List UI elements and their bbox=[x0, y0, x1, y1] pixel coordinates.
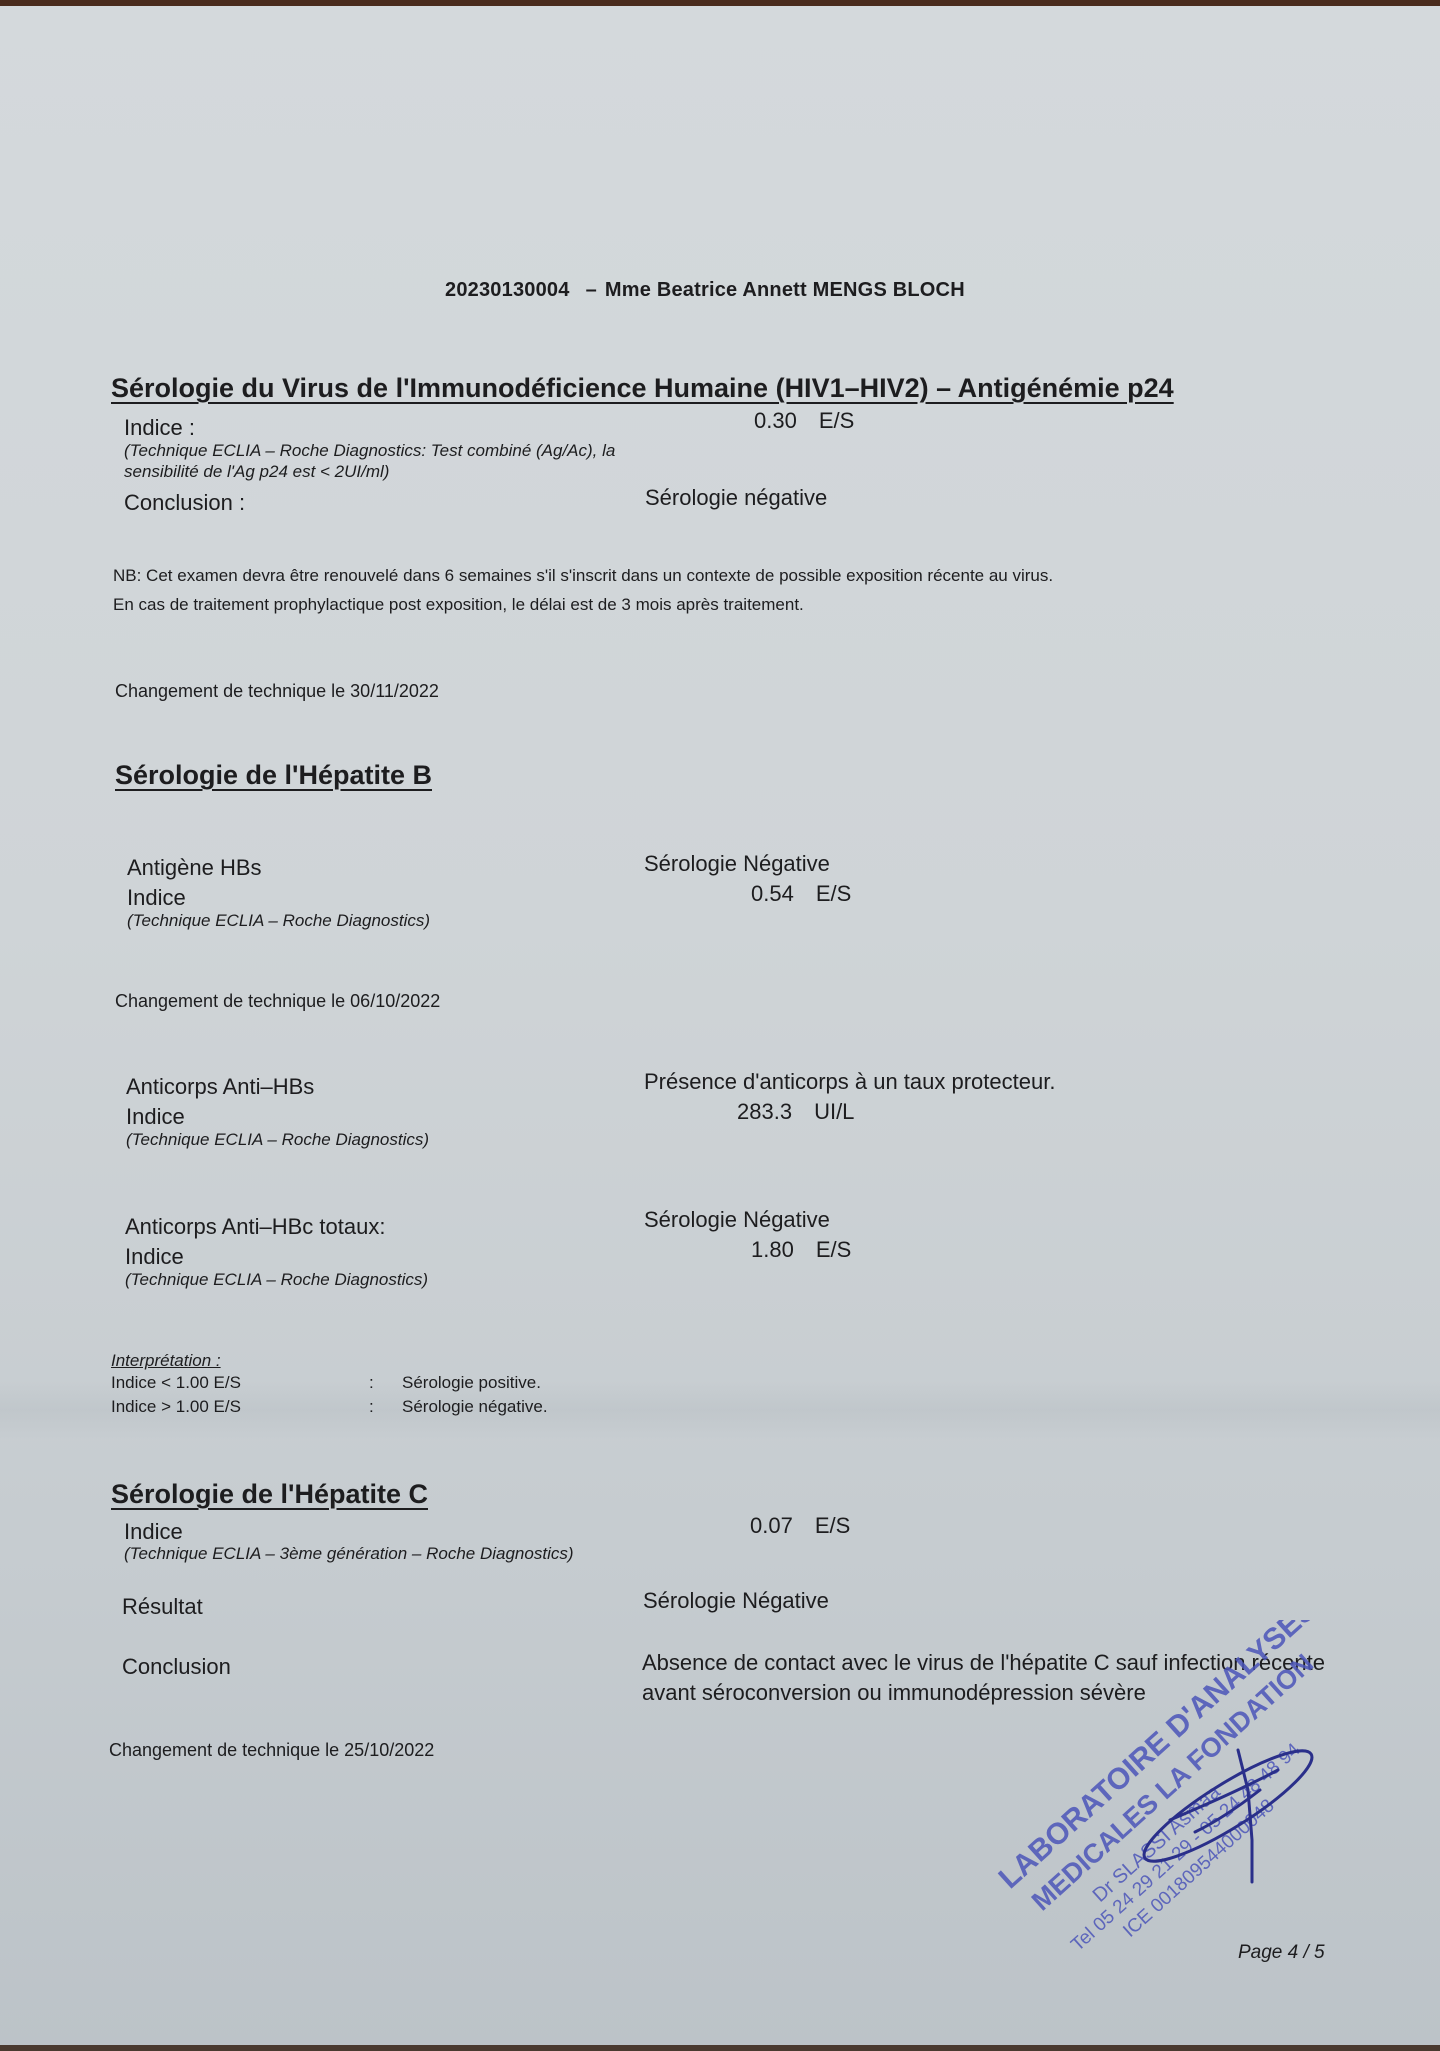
test-technique: (Technique ECLIA – Roche Diagnostics) bbox=[126, 1129, 429, 1150]
hiv-note-line-2: En cas de traitement prophylactique post… bbox=[113, 592, 804, 618]
hep-b-section-title: Sérologie de l'Hépatite B bbox=[115, 760, 432, 791]
hiv-conclusion-value: Sérologie négative bbox=[645, 485, 827, 511]
test-value: 1.80E/S bbox=[751, 1237, 851, 1263]
test-value: 283.3UI/L bbox=[737, 1099, 854, 1125]
report-header: 20230130004–Mme Beatrice Annett MENGS BL… bbox=[445, 279, 965, 302]
hiv-index-label: Indice : bbox=[124, 415, 195, 441]
hep-c-index-number: 0.07 bbox=[750, 1513, 793, 1538]
test-name: Anticorps Anti–HBs bbox=[126, 1074, 314, 1100]
hep-c-technique: (Technique ECLIA – 3ème génération – Roc… bbox=[124, 1543, 574, 1564]
page-bottom-edge bbox=[0, 2045, 1440, 2051]
hep-c-index-unit: E/S bbox=[815, 1513, 850, 1538]
hiv-index-unit: E/S bbox=[819, 408, 854, 433]
hep-c-section-title: Sérologie de l'Hépatite C bbox=[111, 1479, 428, 1510]
hiv-index-value: 0.30E/S bbox=[754, 408, 854, 434]
header-separator: – bbox=[586, 279, 597, 301]
page-top-edge bbox=[0, 0, 1440, 6]
test-value-unit: E/S bbox=[816, 881, 851, 906]
hep-c-technique-change: Changement de technique le 25/10/2022 bbox=[109, 1740, 434, 1761]
hep-c-conclusion-label: Conclusion bbox=[122, 1654, 231, 1680]
interpretation-meaning: Sérologie positive. bbox=[402, 1371, 541, 1395]
test-result: Présence d'anticorps à un taux protecteu… bbox=[644, 1069, 1055, 1095]
hep-c-index-label: Indice bbox=[124, 1519, 183, 1545]
hiv-section-title: Sérologie du Virus de l'Immunodéficience… bbox=[111, 373, 1174, 404]
hep-c-result-label: Résultat bbox=[122, 1594, 203, 1620]
hep-c-result-value: Sérologie Négative bbox=[643, 1588, 829, 1614]
hep-c-index-value: 0.07E/S bbox=[750, 1513, 850, 1539]
report-id: 20230130004 bbox=[445, 279, 570, 301]
test-result: Sérologie Négative bbox=[644, 851, 830, 877]
hiv-index-number: 0.30 bbox=[754, 408, 797, 433]
hiv-technique: (Technique ECLIA – Roche Diagnostics: Te… bbox=[124, 440, 624, 482]
test-result: Sérologie Négative bbox=[644, 1207, 830, 1233]
interpretation-title: Interprétation : bbox=[111, 1351, 221, 1371]
test-value-number: 283.3 bbox=[737, 1099, 792, 1124]
test-value-unit: E/S bbox=[816, 1237, 851, 1262]
interpretation-condition: Indice > 1.00 E/S bbox=[111, 1397, 241, 1416]
test-index-label: Indice bbox=[125, 1244, 184, 1270]
test-value: 0.54E/S bbox=[751, 881, 851, 907]
test-name: Antigène HBs bbox=[127, 855, 262, 881]
test-index-label: Indice bbox=[127, 885, 186, 911]
interpretation-row: Indice > 1.00 E/S : Sérologie négative. bbox=[111, 1395, 611, 1419]
test-value-number: 0.54 bbox=[751, 881, 794, 906]
interpretation-condition: Indice < 1.00 E/S bbox=[111, 1373, 241, 1392]
hiv-technique-change: Changement de technique le 30/11/2022 bbox=[115, 681, 439, 702]
hiv-conclusion-label: Conclusion : bbox=[124, 490, 245, 516]
hep-b-technique-change: Changement de technique le 06/10/2022 bbox=[115, 991, 440, 1012]
test-technique: (Technique ECLIA – Roche Diagnostics) bbox=[127, 910, 430, 931]
test-value-unit: UI/L bbox=[814, 1099, 854, 1124]
interpretation-colon: : bbox=[369, 1371, 374, 1395]
test-technique: (Technique ECLIA – Roche Diagnostics) bbox=[125, 1269, 428, 1290]
interpretation-colon: : bbox=[369, 1395, 374, 1419]
test-index-label: Indice bbox=[126, 1104, 185, 1130]
test-value-number: 1.80 bbox=[751, 1237, 794, 1262]
laboratory-stamp: LABORATOIRE D'ANALYSES MEDICALES LA FOND… bbox=[990, 1620, 1370, 1960]
hiv-note-line-1: NB: Cet examen devra être renouvelé dans… bbox=[113, 563, 1053, 589]
test-name: Anticorps Anti–HBc totaux: bbox=[125, 1214, 385, 1240]
stamp-line-2: MEDICALES LA FONDATION bbox=[1026, 1648, 1319, 1916]
page-number: Page 4 / 5 bbox=[1238, 1942, 1325, 1964]
interpretation-row: Indice < 1.00 E/S : Sérologie positive. bbox=[111, 1371, 611, 1395]
interpretation-meaning: Sérologie négative. bbox=[402, 1395, 548, 1419]
patient-name: Mme Beatrice Annett MENGS BLOCH bbox=[605, 279, 965, 301]
